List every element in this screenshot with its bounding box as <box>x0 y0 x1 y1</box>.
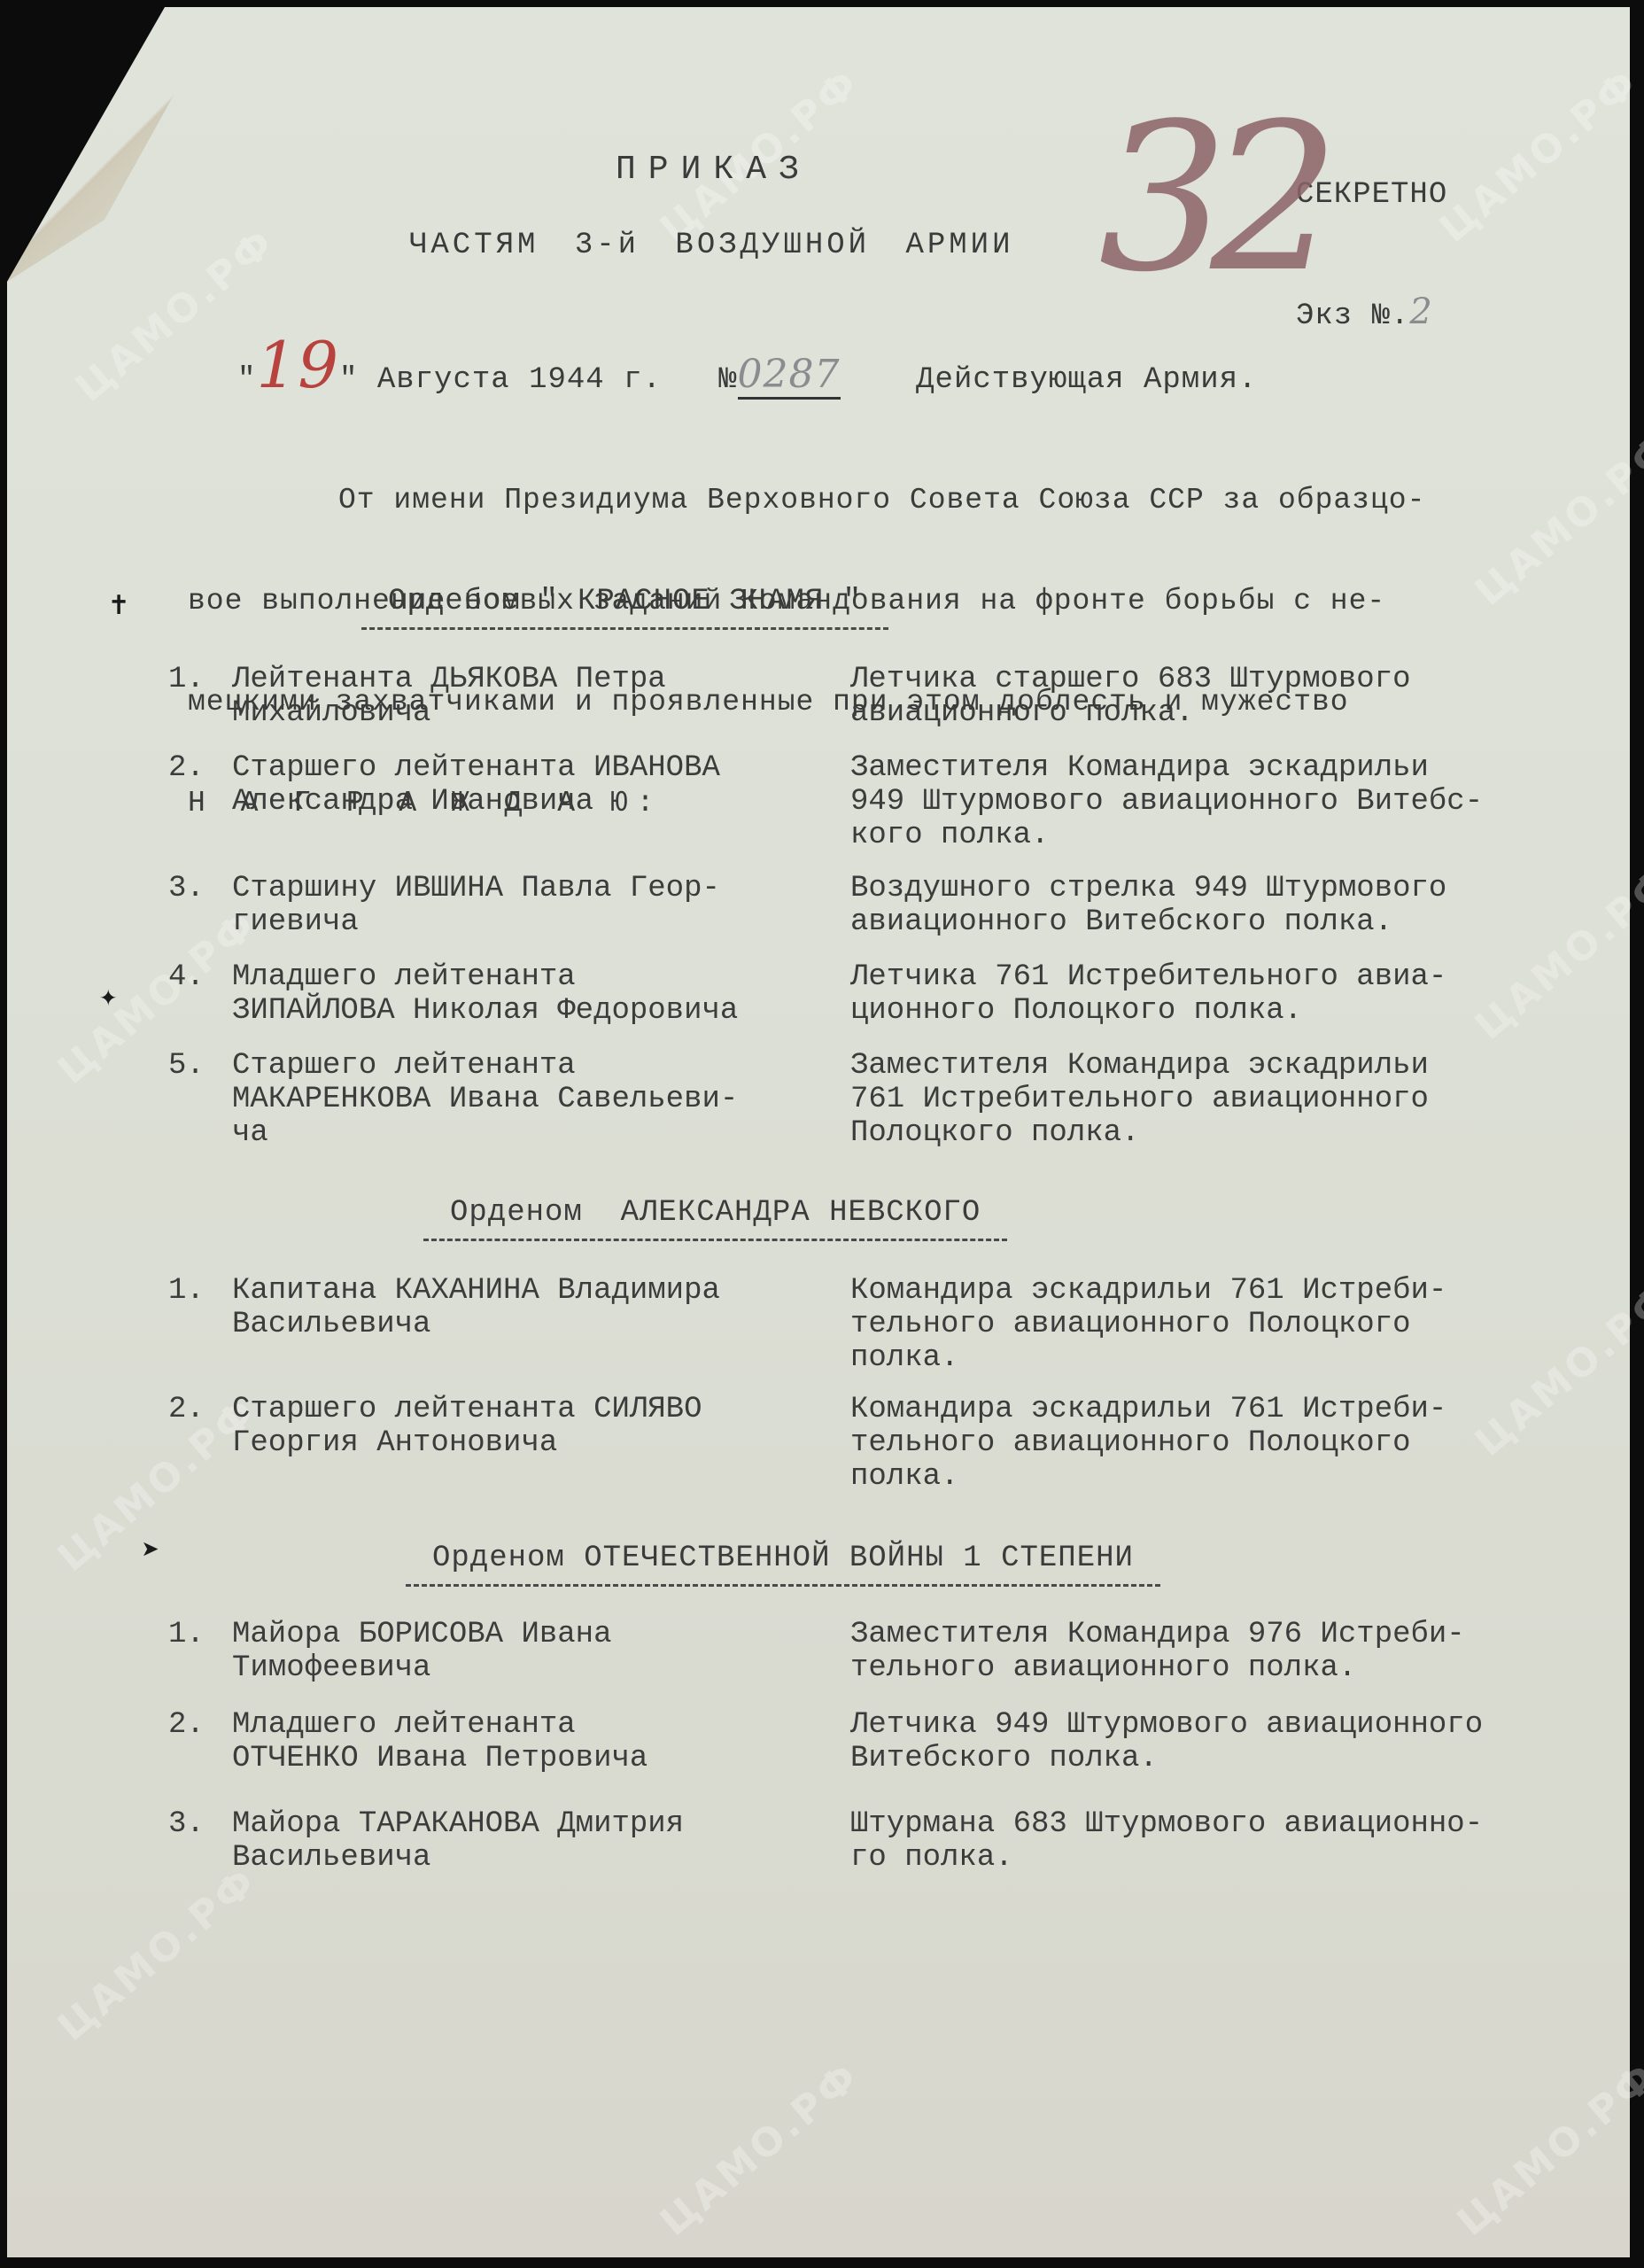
margin-mark-icon: ✦ <box>99 978 117 1015</box>
intro-line: От имени Президиума Верховного Совета Со… <box>188 484 1425 517</box>
margin-mark-icon: ✝ <box>110 586 128 624</box>
margin-mark-icon: ➤ <box>142 1533 159 1570</box>
dateline: "19" Августа 1944 г. №0287 Действующая А… <box>237 328 1257 402</box>
day-handwritten: 19 <box>256 328 339 402</box>
location: Действующая Армия. <box>916 363 1257 397</box>
order-number: 0287 <box>738 352 841 400</box>
archive-page-number: 32 <box>1098 97 1322 301</box>
section-heading: Орденом ОТЕЧЕСТВЕННОЙ ВОЙНЫ 1 СТЕПЕНИ <box>406 1542 1160 1587</box>
document-subtitle: ЧАСТЯМ 3-й ВОЗДУШНОЙ АРМИИ <box>409 229 1014 262</box>
number-label: № <box>718 363 737 397</box>
month-year: Августа 1944 г. <box>377 363 662 397</box>
copy-number: 2 <box>1409 291 1432 332</box>
document-title: ПРИКАЗ <box>616 151 811 189</box>
section-heading: Орденом " КРАСНОЕ ЗНАМЯ " <box>361 585 888 630</box>
section-heading: Орденом АЛЕКСАНДРА НЕВСКОГО <box>423 1196 1007 1241</box>
